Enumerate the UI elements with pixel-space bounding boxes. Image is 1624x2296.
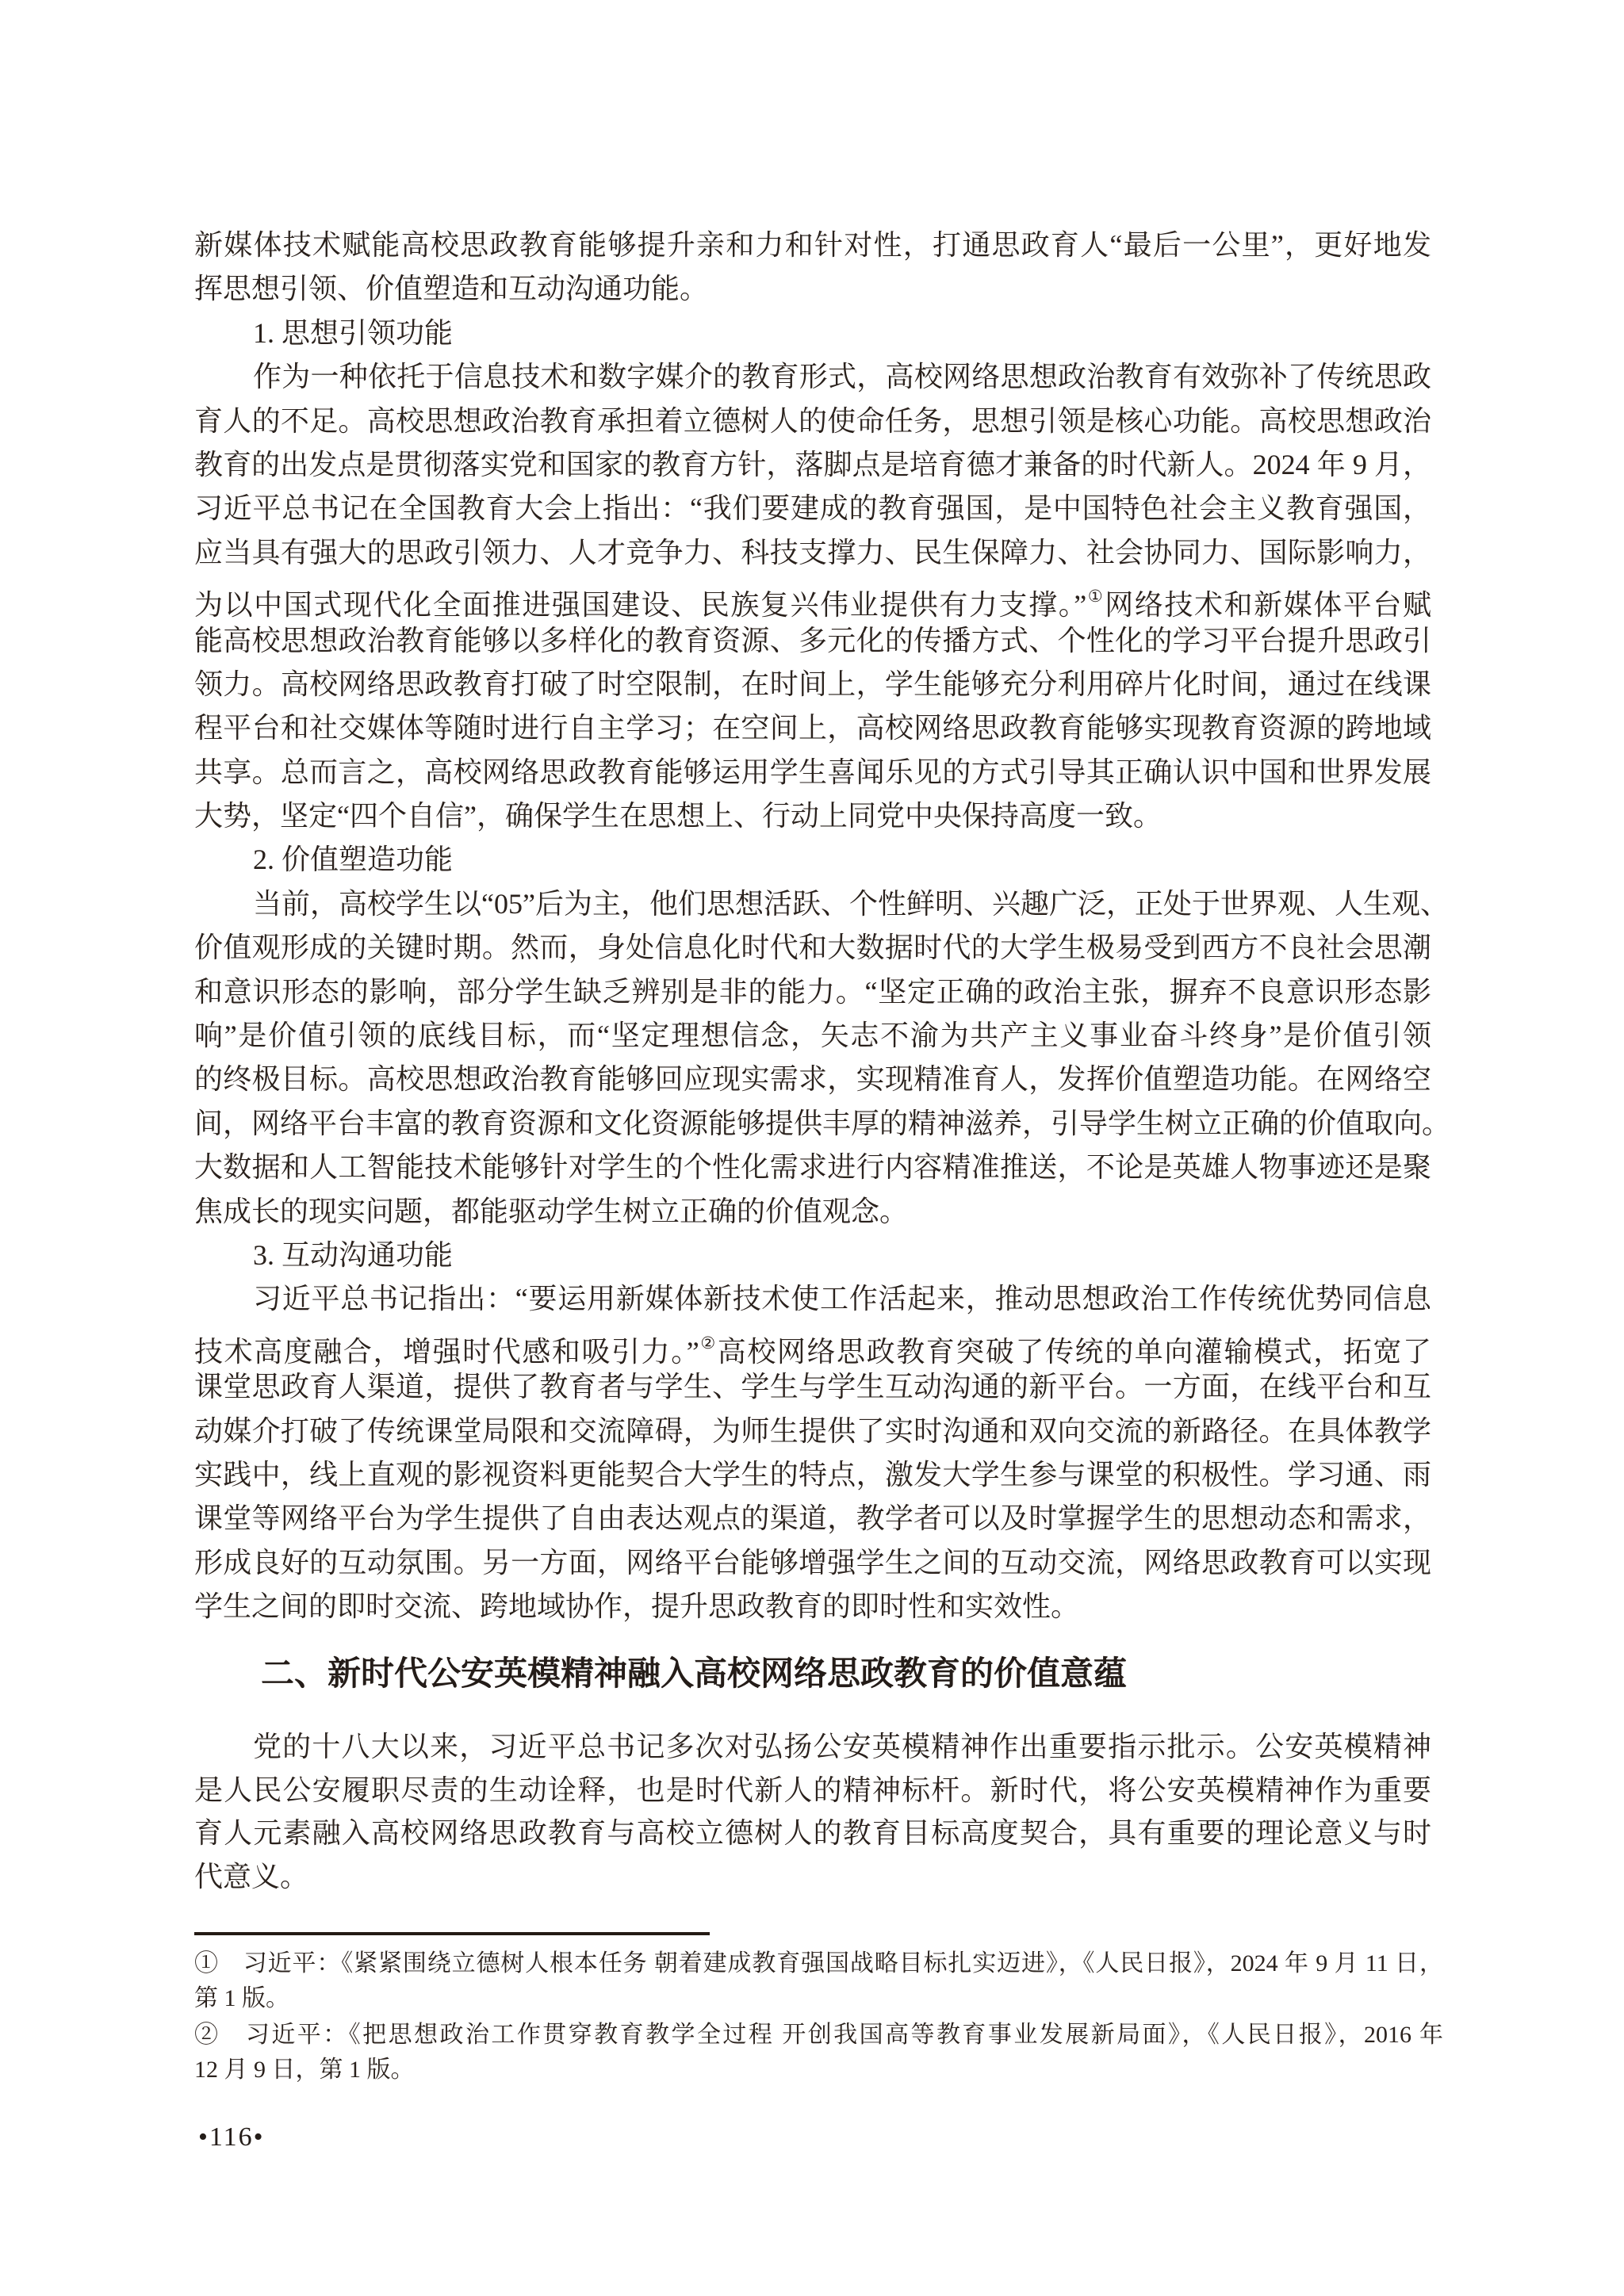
page-number: •116• xyxy=(198,2123,265,2152)
body-line: 大势，坚定“四个自信”，确保学生在思想上、行动上同党中央保持高度一致。 xyxy=(194,794,1431,838)
body-line-text: 技术高度融合，增强时代感和吸引力。” xyxy=(194,1336,699,1368)
section-paragraph: 党的十八大以来，习近平总书记多次对弘扬公安英模精神作出重要指示批示。公安英模精神… xyxy=(194,1725,1431,1898)
footnote-line: 第 1 版。 xyxy=(194,1981,1443,2016)
body-line: 课堂思政育人渠道，提供了教育者与学生、学生与学生互动沟通的新平台。一方面，在线平… xyxy=(194,1365,1431,1409)
body-line: 实践中，线上直观的影视资料更能契合大学生的特点，激发大学生参与课堂的积极性。学习… xyxy=(194,1453,1431,1497)
body-line: 习近平总书记指出：“要运用新媒体新技术使工作活起来，推动思想政治工作传统优势同信… xyxy=(194,1277,1431,1321)
body-line: 能高校思想政治教育能够以多样化的教育资源、多元化的传播方式、个性化的学习平台提升… xyxy=(194,619,1431,663)
body-line: 技术高度融合，增强时代感和吸引力。”②高校网络思政教育突破了传统的单向灌输模式，… xyxy=(194,1322,1431,1365)
body-line: 程平台和社交媒体等随时进行自主学习；在空间上，高校网络思政教育能够实现教育资源的… xyxy=(194,706,1431,750)
footnote-ref-1: ① xyxy=(1086,587,1105,606)
footnote: ① 习近平：《紧紧围绕立德树人根本任务 朝着建成教育强国战略目标扎实迈进》，《人… xyxy=(194,1946,1443,2016)
body-text: 新媒体技术赋能高校思政教育能够提升亲和力和针对性，打通思政育人“最后一公里”，更… xyxy=(194,224,1431,1629)
footnote-ref-2: ② xyxy=(699,1334,718,1353)
body-line: 挥思想引领、价值塑造和互动沟通功能。 xyxy=(194,267,1431,311)
body-line: 共享。总而言之，高校网络思政教育能够运用学生喜闻乐见的方式引导其正确认识中国和世… xyxy=(194,751,1431,794)
body-line: 和意识形态的影响，部分学生缺乏辨别是非的能力。“坚定正确的政治主张，摒弃不良意识… xyxy=(194,970,1431,1014)
body-line numbered-subheading: 2. 价值塑造功能 xyxy=(194,838,1431,882)
body-line: 间，网络平台丰富的教育资源和文化资源能够提供丰厚的精神滋养，引导学生树立正确的价… xyxy=(194,1102,1431,1146)
body-line: 应当具有强大的思政引领力、人才竞争力、科技支撑力、民生保障力、社会协同力、国际影… xyxy=(194,531,1431,575)
body-line: 教育的出发点是贯彻落实党和国家的教育方针，落脚点是培育德才兼备的时代新人。202… xyxy=(194,443,1431,487)
body-line: 学生之间的即时交流、跨地域协作，提升思政教育的即时性和实效性。 xyxy=(194,1585,1431,1628)
footnote-line: ② 习近平：《把思想政治工作贯穿教育教学全过程 开创我国高等教育事业发展新局面》… xyxy=(194,2018,1443,2053)
body-line: 焦成长的现实问题，都能驱动学生树立正确的价值观念。 xyxy=(194,1190,1431,1234)
body-line: 习近平总书记在全国教育大会上指出：“我们要建成的教育强国，是中国特色社会主义教育… xyxy=(194,487,1431,530)
body-line-text: 网络技术和新媒体平台赋 xyxy=(1105,589,1431,621)
body-line: 价值观形成的关键时期。然而，身处信息化时代和大数据时代的大学生极易受到西方不良社… xyxy=(194,926,1431,970)
body-line: 大数据和人工智能技术能够针对学生的个性化需求进行内容精准推送，不论是英雄人物事迹… xyxy=(194,1146,1431,1189)
footnote-divider xyxy=(194,1932,710,1935)
document-page: 新媒体技术赋能高校思政教育能够提升亲和力和针对性，打通思政育人“最后一公里”，更… xyxy=(0,0,1624,2296)
body-line numbered-subheading: 3. 互动沟通功能 xyxy=(194,1234,1431,1277)
body-line: 作为一种依托于信息技术和数字媒介的教育形式，高校网络思想政治教育有效弥补了传统思… xyxy=(194,355,1431,399)
body-line numbered-subheading: 1. 思想引领功能 xyxy=(194,312,1431,355)
body-line: 育人的不足。高校思想政治教育承担着立德树人的使命任务，思想引领是核心功能。高校思… xyxy=(194,400,1431,443)
body-line: 当前，高校学生以“05”后为主，他们思想活跃、个性鲜明、兴趣广泛，正处于世界观、… xyxy=(194,882,1431,926)
body-line: 领力。高校网络思政教育打破了时空限制，在时间上，学生能够充分利用碎片化时间，通过… xyxy=(194,663,1431,706)
paragraph-line: 代意义。 xyxy=(194,1855,1431,1899)
footnote-line: 12 月 9 日，第 1 版。 xyxy=(194,2053,1443,2087)
paragraph-line: 育人元素融入高校网络思政教育与高校立德树人的教育目标高度契合，具有重要的理论意义… xyxy=(194,1812,1431,1855)
footnote: ② 习近平：《把思想政治工作贯穿教育教学全过程 开创我国高等教育事业发展新局面》… xyxy=(194,2018,1443,2087)
body-line: 为以中国式现代化全面推进强国建设、民族复兴伟业提供有力支撑。”①网络技术和新媒体… xyxy=(194,575,1431,618)
footnote-line: ① 习近平：《紧紧围绕立德树人根本任务 朝着建成教育强国战略目标扎实迈进》，《人… xyxy=(194,1946,1443,1981)
body-line: 形成良好的互动氛围。另一方面，网络平台能够增强学生之间的互动交流，网络思政教育可… xyxy=(194,1541,1431,1585)
body-line-text: 高校网络思政教育突破了传统的单向灌输模式，拓宽了 xyxy=(718,1336,1431,1368)
body-line: 动媒介打破了传统课堂局限和交流障碍，为师生提供了实时沟通和双向交流的新路径。在具… xyxy=(194,1410,1431,1453)
body-line: 的终极目标。高校思想政治教育能够回应现实需求，实现精准育人，发挥价值塑造功能。在… xyxy=(194,1058,1431,1101)
paragraph-line: 党的十八大以来，习近平总书记多次对弘扬公安英模精神作出重要指示批示。公安英模精神 xyxy=(194,1725,1431,1769)
body-line: 新媒体技术赋能高校思政教育能够提升亲和力和针对性，打通思政育人“最后一公里”，更… xyxy=(194,224,1431,267)
paragraph-line: 是人民公安履职尽责的生动诠释，也是时代新人的精神标杆。新时代，将公安英模精神作为… xyxy=(194,1769,1431,1812)
body-line: 课堂等网络平台为学生提供了自由表达观点的渠道，教学者可以及时掌握学生的思想动态和… xyxy=(194,1497,1431,1540)
body-line: 响”是价值引领的底线目标，而“坚定理想信念，矢志不渝为共产主义事业奋斗终身”是价… xyxy=(194,1014,1431,1058)
section-heading: 二、新时代公安英模精神融入高校网络思政教育的价值意蕴 xyxy=(194,1650,1431,1697)
body-line-text: 为以中国式现代化全面推进强国建设、民族复兴伟业提供有力支撑。” xyxy=(194,589,1086,621)
